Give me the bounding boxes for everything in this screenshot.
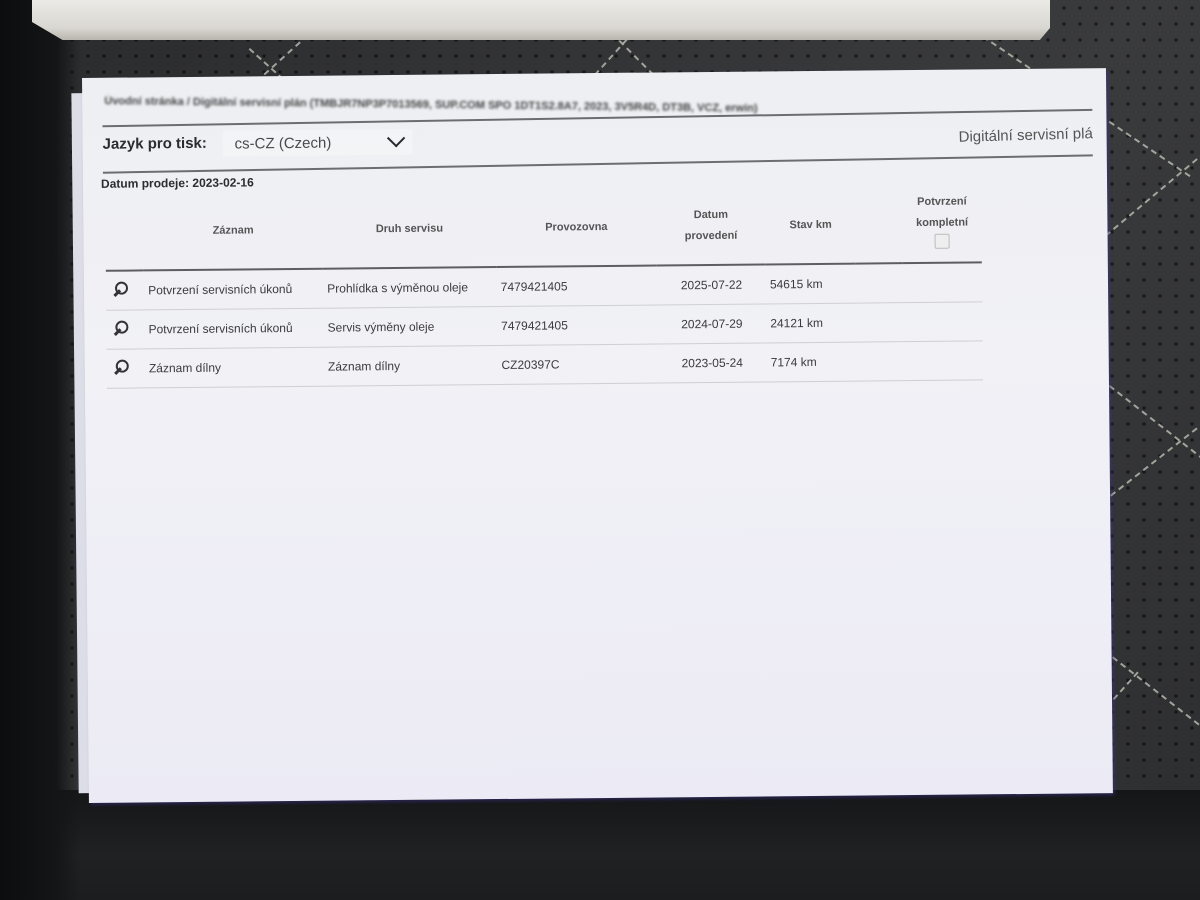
row-icon-cell[interactable]	[107, 349, 146, 388]
header-druh-servisu: Druh servisu	[322, 190, 496, 269]
header-potvrzeni-line1: Potvrzení	[917, 195, 967, 207]
cell-datum: 2024-07-29	[657, 304, 766, 344]
cell-datum: 2025-07-22	[657, 264, 766, 305]
table-row: Záznam dílny Záznam dílny CZ20397C 2023-…	[107, 341, 983, 388]
cell-potvrzeni	[904, 341, 983, 381]
header-datum-provedeni: Datum provedení	[656, 187, 766, 265]
cell-druh: Servis výměny oleje	[323, 307, 497, 348]
row-icon-cell[interactable]	[106, 310, 145, 349]
cell-potvrzeni	[903, 262, 982, 302]
cell-blank	[856, 263, 903, 303]
cell-blank	[857, 303, 904, 342]
cell-provozovna: 7479421405	[497, 265, 658, 306]
select-all-checkbox[interactable]	[935, 233, 950, 248]
cell-zaznam: Potvrzení servisních úkonů	[144, 308, 323, 349]
divider	[103, 154, 1093, 173]
page-title: Digitální servisní plá	[958, 125, 1093, 146]
cell-zaznam: Záznam dílny	[145, 347, 324, 388]
header-datum-line1: Datum	[694, 209, 728, 221]
cell-blank	[857, 342, 904, 381]
language-label: Jazyk pro tisk:	[103, 135, 207, 153]
header-potvrzeni-line2: kompletní	[916, 216, 968, 228]
header-datum-line2: provedení	[685, 230, 738, 243]
cell-potvrzeni	[904, 302, 983, 342]
chevron-down-icon	[387, 129, 405, 147]
language-select[interactable]: cs-CZ (Czech)	[223, 129, 413, 157]
header-blank	[856, 186, 904, 263]
header-potvrzeni-kompletni: Potvrzení kompletní	[902, 185, 981, 263]
sale-date: Datum prodeje: 2023-02-16	[101, 175, 254, 190]
cell-provozovna: CZ20397C	[497, 344, 658, 385]
magnifier-icon[interactable]	[110, 318, 130, 338]
header-icon-col	[105, 193, 144, 270]
magnifier-icon[interactable]	[110, 279, 130, 299]
cell-druh: Záznam dílny	[324, 346, 498, 387]
cell-stav-km: 24121 km	[766, 303, 857, 343]
cell-stav-km: 54615 km	[766, 264, 857, 304]
cell-datum: 2023-05-24	[658, 343, 767, 383]
header-zaznam: Záznam	[143, 192, 323, 271]
shadow	[0, 0, 80, 900]
magnifier-icon[interactable]	[111, 357, 131, 377]
row-icon-cell[interactable]	[106, 270, 145, 310]
white-box	[32, 0, 1050, 40]
cell-druh: Prohlídka s výměnou oleje	[323, 267, 497, 308]
cell-zaznam: Potvrzení servisních úkonů	[144, 269, 323, 310]
table-header-row: Záznam Druh servisu Provozovna Datum pro…	[105, 185, 982, 270]
language-value: cs-CZ (Czech)	[235, 134, 332, 152]
header-stav-km: Stav km	[765, 187, 856, 265]
service-table: Záznam Druh servisu Provozovna Datum pro…	[105, 185, 983, 388]
header-provozovna: Provozovna	[496, 188, 657, 267]
seat-cushion	[0, 790, 1200, 900]
cell-provozovna: 7479421405	[497, 305, 658, 346]
printed-page: Úvodní stránka / Digitální servisní plán…	[82, 68, 1113, 803]
cell-stav-km: 7174 km	[766, 342, 857, 382]
